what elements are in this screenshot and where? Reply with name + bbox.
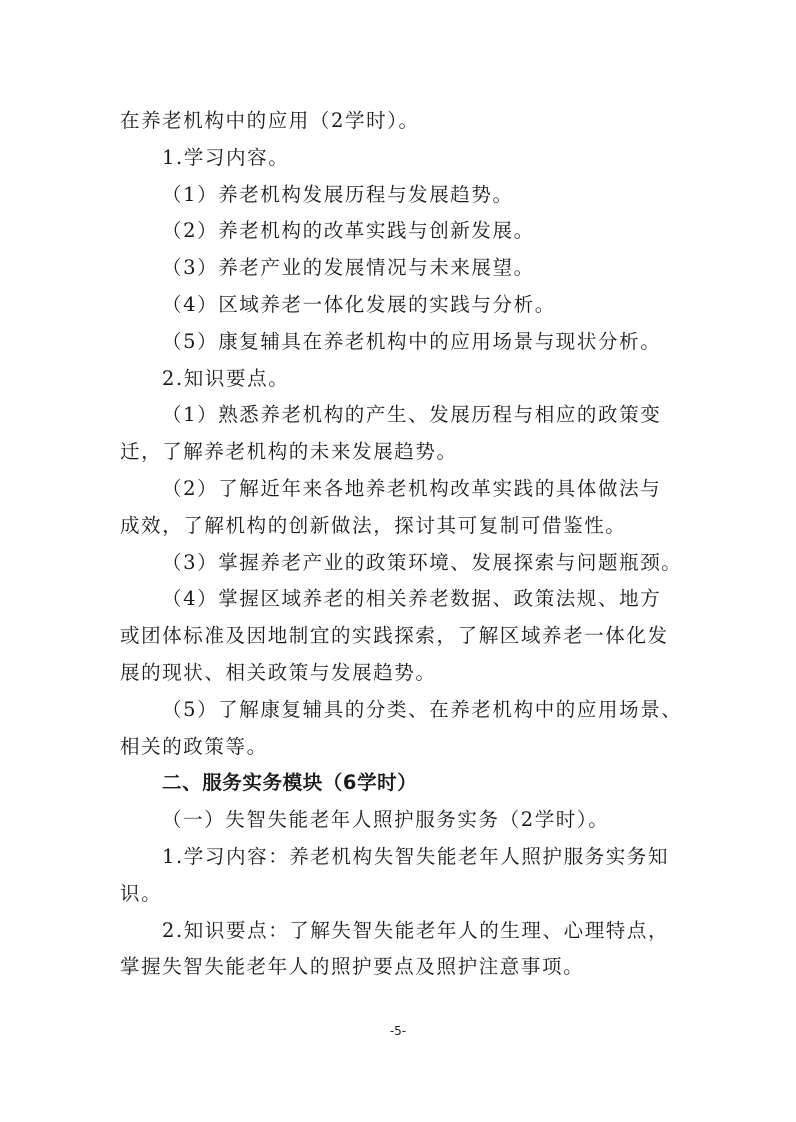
paragraph-line: 或团体标准及因地制宜的实践探索，了解区域养老一体化发 bbox=[120, 618, 680, 655]
text-line-continuation: 在养老机构中的应用（2学时）。 bbox=[120, 103, 680, 140]
list-item: （2）养老机构的改革实践与创新发展。 bbox=[120, 213, 680, 250]
list-item: （1）养老机构发展历程与发展趋势。 bbox=[120, 177, 680, 214]
list-item: （5）康复辅具在养老机构中的应用场景与现状分析。 bbox=[120, 324, 680, 361]
paragraph-line: 掌握失智失能老年人的照护要点及照护注意事项。 bbox=[120, 949, 680, 986]
document-page: 在养老机构中的应用（2学时）。 1.学习内容。 （1）养老机构发展历程与发展趋势… bbox=[0, 0, 796, 1122]
paragraph-line: 2.知识要点：了解失智失能老年人的生理、心理特点， bbox=[120, 913, 680, 950]
paragraph-line: 识。 bbox=[120, 876, 680, 913]
paragraph-line: （1）熟悉养老机构的产生、发展历程与相应的政策变 bbox=[120, 397, 680, 434]
paragraph-line: 展的现状、相关政策与发展趋势。 bbox=[120, 655, 680, 692]
subheading-learning-content: 1.学习内容。 bbox=[120, 140, 680, 177]
paragraph-line: （5）了解康复辅具的分类、在养老机构中的应用场景、 bbox=[120, 692, 680, 729]
list-item: （4）区域养老一体化发展的实践与分析。 bbox=[120, 287, 680, 324]
paragraph-line: 1.学习内容：养老机构失智失能老年人照护服务实务知 bbox=[120, 839, 680, 876]
page-body: 在养老机构中的应用（2学时）。 1.学习内容。 （1）养老机构发展历程与发展趋势… bbox=[120, 103, 680, 986]
list-item: （3）养老产业的发展情况与未来展望。 bbox=[120, 250, 680, 287]
paragraph-line: 迁，了解养老机构的未来发展趋势。 bbox=[120, 434, 680, 471]
section-heading-service-practice: 二、服务实务模块（6学时） bbox=[120, 765, 680, 802]
paragraph-line: （4）掌握区域养老的相关养老数据、政策法规、地方 bbox=[120, 581, 680, 618]
paragraph-line: （2）了解近年来各地养老机构改革实践的具体做法与 bbox=[120, 471, 680, 508]
page-number: -5- bbox=[0, 1024, 796, 1038]
paragraph-line: （3）掌握养老产业的政策环境、发展探索与问题瓶颈。 bbox=[120, 545, 680, 582]
subsection-heading: （一）失智失能老年人照护服务实务（2学时）。 bbox=[120, 802, 680, 839]
paragraph-line: 相关的政策等。 bbox=[120, 729, 680, 766]
paragraph-line: 成效，了解机构的创新做法，探讨其可复制可借鉴性。 bbox=[120, 508, 680, 545]
subheading-knowledge-points: 2.知识要点。 bbox=[120, 361, 680, 398]
